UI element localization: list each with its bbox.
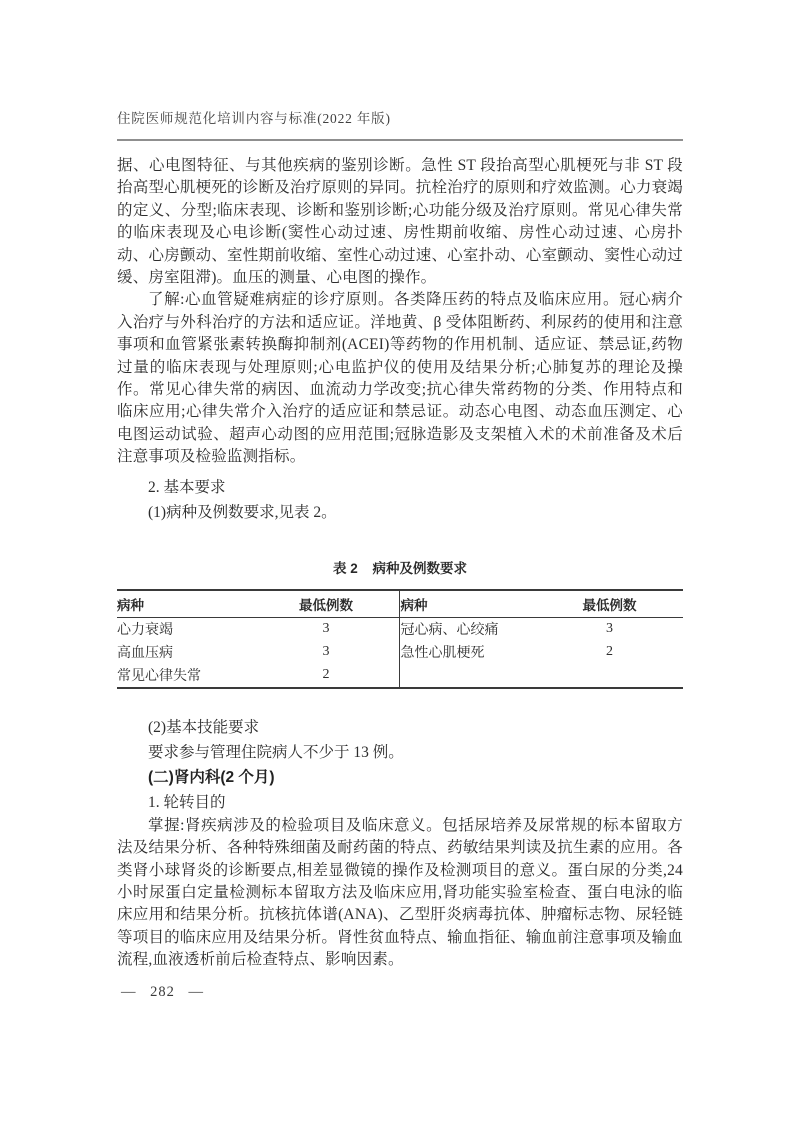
table-row: 常见心律失常 2 xyxy=(117,664,683,688)
table-cell: 2 xyxy=(253,664,400,688)
heading-nephrology-rotation: (二)肾内科(2 个月) xyxy=(117,765,683,790)
table-cell: 3 xyxy=(253,617,400,641)
item-disease-case-requirements: (1)病种及例数要求,见表 2。 xyxy=(117,500,683,525)
table-cell: 急性心肌梗死 xyxy=(400,641,536,664)
section-rotation-purpose: 1. 轮转目的 xyxy=(117,790,683,815)
para-master-requirements: 掌握:肾疾病涉及的检验项目及临床意义。包括尿培养及尿常规的标本留取方法及结果分析… xyxy=(117,815,683,972)
page-number: — 282 — xyxy=(117,984,683,1001)
page-content: 住院医师规范化培训内容与标准(2022 年版) 据、心电图特征、与其他疾病的鉴别… xyxy=(117,0,683,1001)
table-cell: 冠心病、心绞痛 xyxy=(400,617,536,641)
table-header-cell: 病种 xyxy=(400,590,536,618)
para-exam-knowledge-continuation: 据、心电图特征、与其他疾病的鉴别诊断。急性 ST 段抬高型心肌梗死与非 ST 段… xyxy=(117,155,683,289)
table-cell: 常见心律失常 xyxy=(117,664,253,688)
para-understand-requirements: 了解:心血管疑难病症的诊疗原则。各类降压药的特点及临床应用。冠心病介入治疗与外科… xyxy=(117,289,683,468)
table-row: 心力衰竭 3 冠心病、心绞痛 3 xyxy=(117,617,683,641)
table-header-cell: 最低例数 xyxy=(536,590,683,618)
section-basic-requirements: 2. 基本要求 xyxy=(117,475,683,500)
page-header: 住院医师规范化培训内容与标准(2022 年版) xyxy=(117,110,683,141)
running-header: 住院医师规范化培训内容与标准(2022 年版) xyxy=(117,110,683,141)
table-cell xyxy=(400,664,536,688)
table-cell: 2 xyxy=(536,641,683,664)
table-caption: 表 2病种及例数要求 xyxy=(117,559,683,579)
cases-table: 病种 最低例数 病种 最低例数 心力衰竭 3 冠心病、心绞痛 3 xyxy=(117,589,683,689)
cases-table-body: 心力衰竭 3 冠心病、心绞痛 3 高血压病 3 急性心肌梗死 2 常见心 xyxy=(117,617,683,688)
table-header-cell: 病种 xyxy=(117,590,253,618)
table-header-cell: 最低例数 xyxy=(253,590,400,618)
table-cell: 3 xyxy=(253,641,400,664)
table-cell: 心力衰竭 xyxy=(117,617,253,641)
table-caption-label: 表 2 xyxy=(333,561,358,576)
cases-table-head: 病种 最低例数 病种 最低例数 xyxy=(117,590,683,618)
table-caption-title: 病种及例数要求 xyxy=(373,561,468,576)
table-header-row: 病种 最低例数 病种 最低例数 xyxy=(117,590,683,618)
item-basic-skill-requirements: (2)基本技能要求 xyxy=(117,715,683,740)
cases-table-block: 表 2病种及例数要求 病种 最低例数 病种 最低例数 心力衰竭 xyxy=(117,559,683,689)
item-managed-patients-requirement: 要求参与管理住院病人不少于 13 例。 xyxy=(117,740,683,765)
document-page: 住院医师规范化培训内容与标准(2022 年版) 据、心电图特征、与其他疾病的鉴别… xyxy=(0,0,800,1131)
page-footer: — 282 — xyxy=(117,984,683,1001)
table-cell: 高血压病 xyxy=(117,641,253,664)
page-body: 据、心电图特征、与其他疾病的鉴别诊断。急性 ST 段抬高型心肌梗死与非 ST 段… xyxy=(117,155,683,972)
table-row: 高血压病 3 急性心肌梗死 2 xyxy=(117,641,683,664)
table-cell xyxy=(536,664,683,688)
table-cell: 3 xyxy=(536,617,683,641)
